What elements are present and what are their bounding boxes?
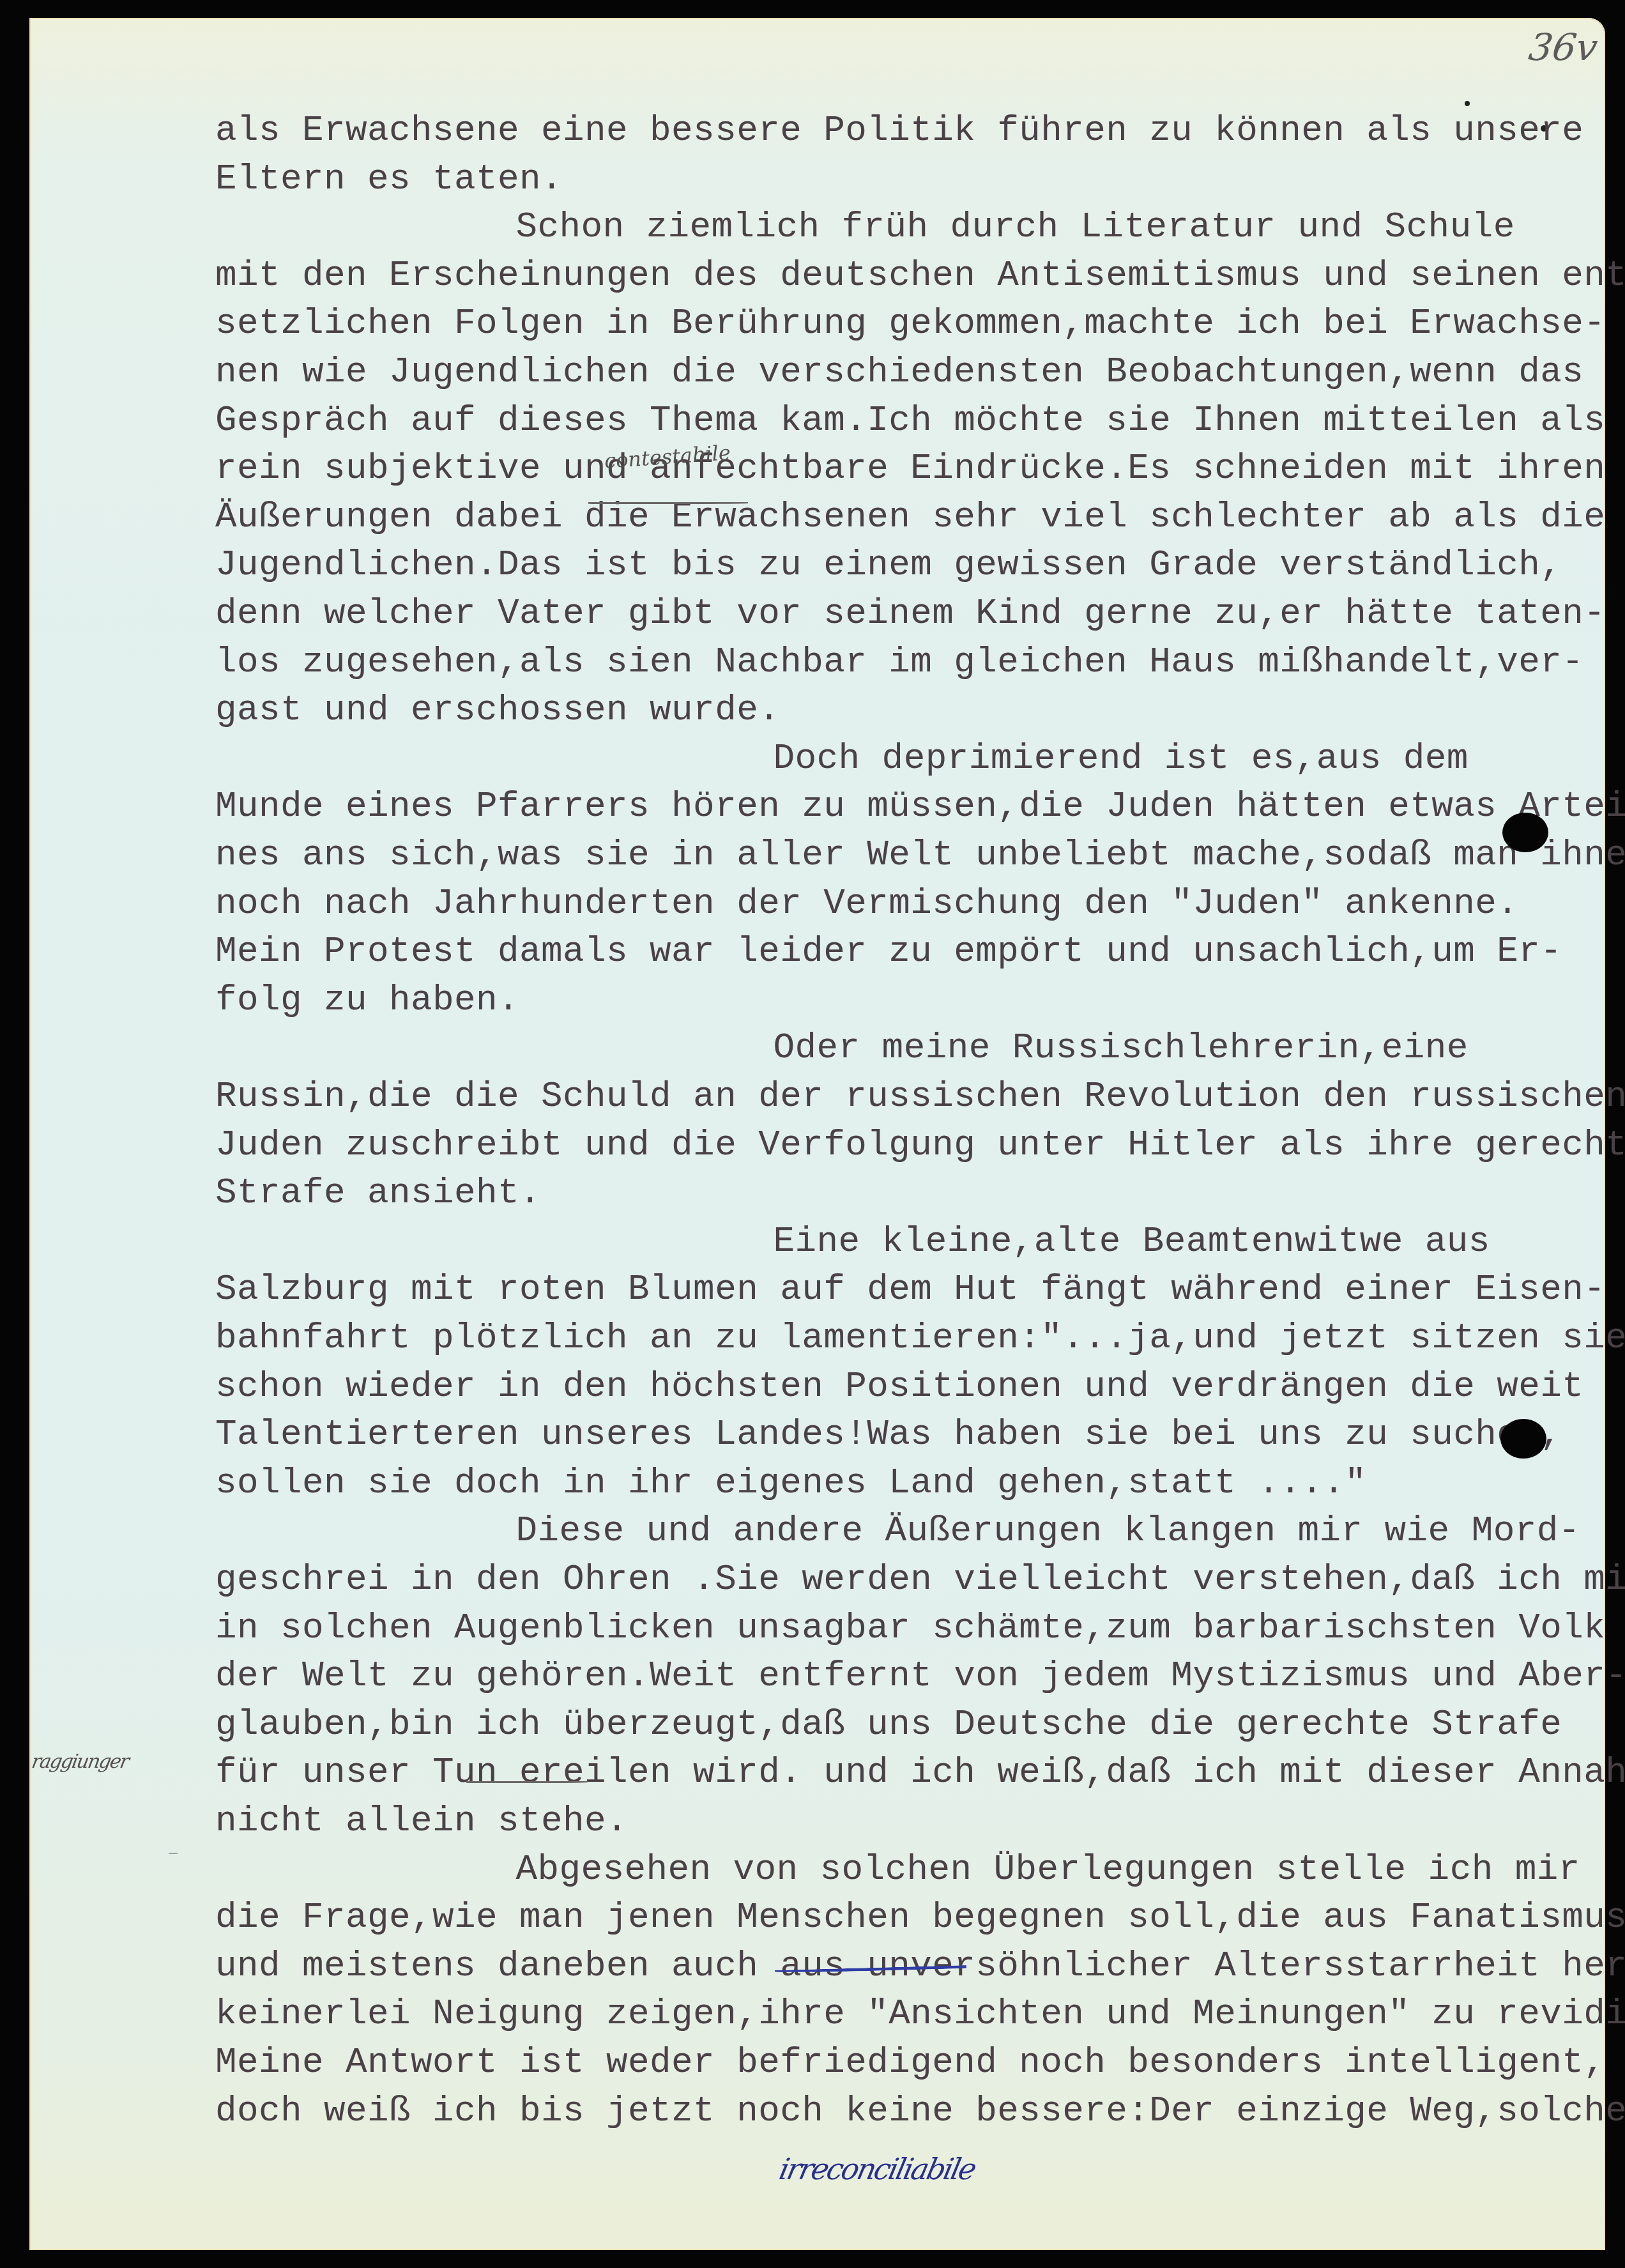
- typed-line: schon wieder in den höchsten Positionen …: [215, 1362, 1583, 1411]
- typed-line: keinerlei Neigung zeigen,ihre "Ansichten…: [215, 1989, 1625, 2038]
- typed-line: doch weiß ich bis jetzt noch keine besse…: [215, 2087, 1625, 2135]
- typed-line: Jugendlichen.Das ist bis zu einem gewiss…: [215, 540, 1562, 589]
- typed-line: die Frage,wie man jenen Menschen begegne…: [215, 1893, 1625, 1942]
- typed-line: Eltern es taten.: [215, 155, 563, 203]
- typed-line: los zugesehen,als sien Nachbar im gleich…: [215, 638, 1583, 686]
- typed-line: und meistens daneben auch aus unversöhnl…: [215, 1942, 1625, 1990]
- typed-line: Talentierteren unseres Landes!Was haben …: [215, 1410, 1562, 1459]
- typed-line: sollen sie doch in ihr eigenes Land gehe…: [215, 1459, 1366, 1507]
- typed-line: Abgesehen von solchen Überlegungen stell…: [515, 1845, 1580, 1894]
- typed-line: Diese und andere Äußerungen klangen mir …: [515, 1506, 1580, 1555]
- typed-line: Meine Antwort ist weder befriedigend noc…: [215, 2038, 1605, 2087]
- typed-line: denn welcher Vater gibt vor seinem Kind …: [215, 589, 1605, 638]
- underline-ereilen: [466, 1781, 588, 1783]
- paper-speck: [1465, 101, 1470, 106]
- typed-line: nicht allein stehe.: [215, 1797, 628, 1845]
- page-number-annotation: 36v: [1526, 26, 1600, 69]
- margin-annotation: raggiunger: [30, 1751, 130, 1773]
- typed-line: geschrei in den Ohren .Sie werden vielle…: [215, 1555, 1625, 1604]
- typed-line: glauben,bin ich überzeugt,daß uns Deutsc…: [215, 1700, 1562, 1749]
- typed-line: nes ans sich,was sie in aller Welt unbel…: [215, 831, 1625, 879]
- typed-line: für unser Tun ereilen wird. und ich weiß…: [215, 1748, 1625, 1797]
- underline-anfechtbare: [588, 502, 748, 504]
- typed-line: mit den Erscheinungen des deutschen Anti…: [215, 251, 1625, 300]
- typed-line: als Erwachsene eine bessere Politik führ…: [215, 106, 1583, 155]
- typed-line: Russin,die die Schuld an der russischen …: [215, 1072, 1625, 1121]
- typed-line: gast und erschossen wurde.: [215, 686, 780, 734]
- typed-line: folg zu haben.: [215, 976, 519, 1024]
- typed-line: Äußerungen dabei die Erwachsenen sehr vi…: [215, 493, 1605, 541]
- punch-hole-lower: [1500, 1419, 1546, 1459]
- typed-line: Oder meine Russischlehrerin,eine: [774, 1023, 1469, 1072]
- typed-line: setzlichen Folgen in Berührung gekommen,…: [215, 299, 1605, 348]
- typed-line: Schon ziemlich früh durch Literatur und …: [515, 203, 1514, 251]
- typed-line: bahnfahrt plötzlich an zu lamentieren:".…: [215, 1314, 1625, 1362]
- bottom-annotation: irreconciliabile: [776, 2152, 978, 2186]
- typed-line: Mein Protest damals war leider zu empört…: [215, 927, 1562, 976]
- typed-line: Strafe ansieht.: [215, 1168, 541, 1217]
- typed-line: Doch deprimierend ist es,aus dem: [774, 734, 1469, 783]
- typed-line: in solchen Augenblicken unsagbar schämte…: [215, 1604, 1605, 1652]
- typed-line: nen wie Jugendlichen die verschiedensten…: [215, 348, 1583, 396]
- typed-line: der Welt zu gehören.Weit entfernt von je…: [215, 1651, 1625, 1700]
- typed-line: Munde eines Pfarrers hören zu müssen,die…: [215, 782, 1625, 831]
- typed-line: Juden zuschreibt und die Verfolgung unte…: [215, 1121, 1625, 1169]
- punch-hole-upper: [1502, 813, 1548, 852]
- typed-line: noch nach Jahrhunderten der Vermischung …: [215, 879, 1518, 928]
- typed-line: Salzburg mit roten Blumen auf dem Hut fä…: [215, 1265, 1605, 1314]
- margin-dash: [169, 1853, 178, 1854]
- typed-line: Gespräch auf dieses Thema kam.Ich möchte…: [215, 396, 1605, 445]
- document-page: 36v als Erwachsene eine bessere Politik …: [29, 18, 1605, 2250]
- typed-line: rein subjektive und anfechtbare Eindrück…: [215, 444, 1605, 493]
- typed-line: Eine kleine,alte Beamtenwitwe aus: [774, 1217, 1490, 1266]
